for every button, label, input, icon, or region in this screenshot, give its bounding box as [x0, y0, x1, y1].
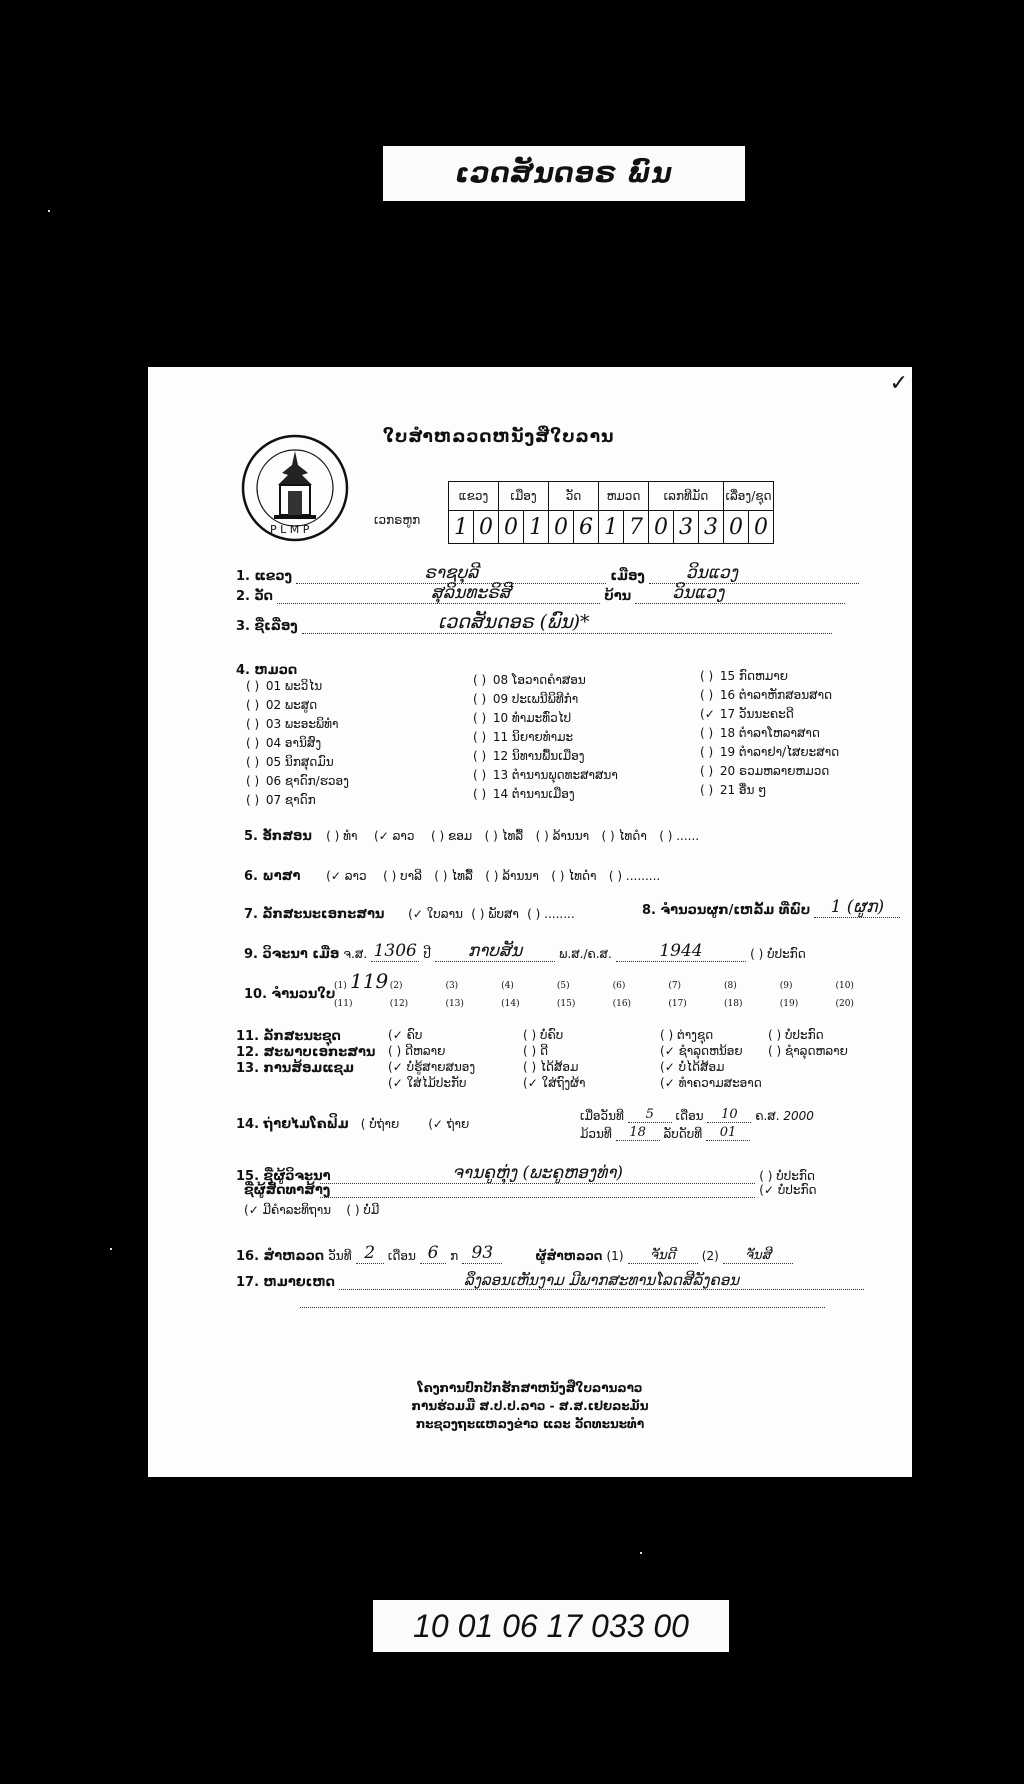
material-option[interactable]: ( ) ພັບສາ: [471, 907, 519, 921]
field-province-label: 1. ແຂວງ: [236, 569, 292, 584]
field-province: 1. ແຂວງ ຣາຊບຸລີ ເມືອງ ວິນແວງ: [236, 567, 859, 584]
copyist-unknown-option[interactable]: ( ) ບໍ່ປະກົດ: [759, 1169, 815, 1183]
notes-row: 17. ຫມາຍເຫດ ລຶງລອນເຫັນງາມ ມີພາກສະທານໂລດສ…: [236, 1273, 864, 1290]
microfilm-row: 14. ຖ່າຍໄມໂຄຟິມ ( ບໍ່ຖ່າຍ (✓ ຖ່າຍ: [236, 1117, 469, 1132]
leaves-count-value: 119: [350, 969, 388, 993]
zodiac-year-value: ກາບສັນ: [468, 941, 522, 961]
completeness-option[interactable]: ( ) ບໍ່ປະກົດ: [768, 1027, 848, 1043]
field-temple-label: 2. ວັດ: [236, 589, 273, 604]
language-label: 6. ພາສາ: [244, 869, 322, 884]
code-digit: 6: [574, 511, 599, 544]
language-option[interactable]: ( ) ບາລີ: [383, 869, 422, 883]
category-option[interactable]: ( ) 01 ພະວິໄນ: [246, 677, 349, 696]
copyist-row: 15. ຊື່ຜູ້ວິຈະນາ ຈານຄູຫຸ່ງ (ພະຄູຫອງທ່າ) …: [236, 1167, 815, 1184]
completeness-option[interactable]: ( ) ຕ່າງຊຸດ: [660, 1027, 762, 1043]
plmp-logo: P L M P: [240, 433, 350, 543]
field-temple: 2. ວັດ ສຸລິນທະຣິສີ ບ້ານ ວິນແວງ: [236, 587, 845, 604]
script-option-checked[interactable]: (✓ ລາວ: [374, 829, 414, 843]
script-row: 5. ອັກສອນ ( ) ທຳ (✓ ລາວ ( ) ຂອມ ( ) ໄທລື…: [244, 829, 699, 844]
language-option-other[interactable]: ( ) .........: [609, 869, 660, 883]
footer-line-2: ການຮ່ວມມື ສ.ປ.ປ.ລາວ - ສ.ສ.ເຢຍລະມັນ: [148, 1397, 912, 1415]
checkbox[interactable]: ( ): [700, 781, 716, 800]
manuscript-code-text: 10 01 06 17 033 00: [413, 1608, 689, 1645]
checkbox[interactable]: ( ): [700, 667, 716, 686]
material-label: 7. ລັກສະນະເອກະສານ: [244, 907, 404, 922]
checkbox[interactable]: ( ): [700, 724, 716, 743]
script-option[interactable]: ( ) ລ້ານນາ: [536, 829, 590, 843]
condition-option[interactable]: ( ) ດີ: [523, 1043, 586, 1059]
category-option[interactable]: ( ) 03 ພະອະພິທຳ: [246, 715, 349, 734]
notes-label: 17. ຫມາຍເຫດ: [236, 1275, 335, 1290]
checkbox[interactable]: ( ): [246, 772, 262, 791]
category-column-1: ( ) 01 ພະວິໄນ ( ) 02 ພະສູດ ( ) 03 ພະອະພິ…: [246, 677, 349, 810]
checkbox[interactable]: ( ): [246, 696, 262, 715]
microfilm-roll-value: 18: [629, 1125, 646, 1140]
category-column-2: ( ) 08 ໂອວາດຄຳສອນ ( ) 09 ປະເພນີພິທີກຳ ( …: [473, 671, 618, 804]
notes-row-2: [300, 1293, 825, 1308]
repair-option-checked[interactable]: (✓ ບໍ່ໄດ້ສ້ອມ: [660, 1059, 762, 1075]
code-digit: 1: [599, 511, 624, 544]
checkbox[interactable]: ( ): [246, 753, 262, 772]
field-temple-value: ສຸລິນທະຣິສີ: [431, 583, 511, 603]
category-option[interactable]: ( ) 09 ປະເພນີພິທີກຳ: [473, 690, 618, 709]
checkbox-checked[interactable]: (✓: [700, 705, 716, 724]
code-header-bundle-number: ເລກທີມັດ: [649, 482, 724, 511]
code-header-district: ເມືອງ: [499, 482, 549, 511]
survey-day-value: 2: [364, 1243, 375, 1263]
bundles-row: 8. ຈຳນວນຜູກ/ເຫລັ້ມ ທີ່ພົບ 1 (ຜູກ): [642, 901, 900, 918]
copyist-value: ຈານຄູຫຸ່ງ (ພະຄູຫອງທ່າ): [452, 1163, 623, 1183]
material-row: 7. ລັກສະນະເອກະສານ (✓ ໃບລານ ( ) ພັບສາ ( )…: [244, 907, 575, 922]
film-speck: [110, 1248, 112, 1250]
category-option[interactable]: ( ) 11 ນິຍາຍທຳມະ: [473, 728, 618, 747]
survey-year-value: 93: [472, 1243, 494, 1263]
checkbox[interactable]: ( ): [473, 690, 489, 709]
code-digit: 0: [474, 511, 499, 544]
ad-year-value: 1944: [659, 941, 702, 961]
footer-line-3: ກະຊວງຖະແຫລງຂ່າວ ແລະ ວັດທະນະທຳ: [148, 1415, 912, 1433]
bundles-label: 8. ຈຳນວນຜູກ/ເຫລັ້ມ ທີ່ພົບ: [642, 903, 810, 918]
repair-option-checked[interactable]: (✓ ທຳຄວາມສະອາດ: [660, 1075, 762, 1091]
field-temple-line: ສຸລິນທະຣິສີ: [277, 587, 600, 604]
sponsor-unknown-option-checked[interactable]: (✓ ບໍ່ປະກົດ: [759, 1183, 816, 1197]
code-digit: 0: [724, 511, 749, 544]
category-option[interactable]: ( ) 05 ນິກສຸດມົນ: [246, 753, 349, 772]
language-row: 6. ພາສາ (✓ ລາວ ( ) ບາລີ ( ) ໄທລື້ ( ) ລ້…: [244, 869, 660, 884]
category-option[interactable]: ( ) 15 ກົດຫມາຍ: [700, 667, 839, 686]
checkbox[interactable]: ( ): [246, 791, 262, 810]
repair-option-checked[interactable]: (✓ ບໍ່ຮູ້ສາຍສນອງ: [388, 1059, 475, 1075]
field-story-title-line: ເວດສັນດອຣ (ພົນ)*: [302, 617, 832, 634]
microfilm-yes-option-checked[interactable]: (✓ ຖ່າຍ: [428, 1117, 469, 1131]
surveyor-1-value: ຈັນດີ: [650, 1248, 675, 1263]
script-option[interactable]: ( ) ໄທລື້: [485, 829, 524, 843]
field-village-value: ວິນແວງ: [672, 583, 724, 603]
microfilm-month-value: 10: [721, 1107, 738, 1122]
category-option[interactable]: ( ) 14 ຕຳນານເມືອງ: [473, 785, 618, 804]
notes-line: ລຶງລອນເຫັນງາມ ມີພາກສະທານໂລດສີລັງຄອນ: [339, 1273, 864, 1290]
microfilm-title-label: ເວດສັນດອຣ ພົນ: [383, 146, 745, 201]
survey-label: 16. ສຳຫລວດ: [236, 1249, 324, 1264]
code-digit: 0: [649, 511, 674, 544]
language-option[interactable]: ( ) ໄທລື້: [434, 869, 473, 883]
code-digit: 3: [674, 511, 699, 544]
script-label: 5. ອັກສອນ: [244, 829, 322, 844]
script-option[interactable]: ( ) ທຳ: [326, 829, 357, 843]
sponsor-label: ຊື່ຜູ້ສັດທາສ້າງ: [244, 1183, 316, 1198]
material-option-checked[interactable]: (✓ ໃບລານ: [408, 907, 463, 921]
script-option-other[interactable]: ( ) ......: [659, 829, 699, 843]
microfilm-label: 14. ຖ່າຍໄມໂຄຟິມ: [236, 1117, 336, 1132]
code-digit: 0: [749, 511, 774, 544]
cs-year-value: 1306: [374, 941, 417, 961]
manuscript-code-label: 10 01 06 17 033 00: [373, 1600, 729, 1652]
checkbox[interactable]: ( ): [473, 747, 489, 766]
language-option[interactable]: ( ) ລ້ານນາ: [485, 869, 539, 883]
leaves-grid: (1)(2)(3)(4)(5)(6)(7)(8)(9)(10) (11)(12)…: [334, 981, 854, 1009]
bundles-value: 1 (ຜູກ): [831, 897, 885, 917]
field-story-title: 3. ຊື່ເລື່ອງ ເວດສັນດອຣ (ພົນ)*: [236, 617, 832, 634]
checkbox[interactable]: ( ): [473, 766, 489, 785]
status-col-2: ( ) ບໍ່ຄົບ ( ) ດີ ( ) ໄດ້ສ້ອມ (✓ ໃສ່ຖົງຜ…: [523, 1027, 586, 1091]
category-option[interactable]: ( ) 21 ອື່ນ ໆ: [700, 781, 839, 800]
category-option-checked[interactable]: (✓ 17 ວັນນະຄະດີ: [700, 705, 839, 724]
survey-form-page: ✓ P L M P ໃບສຳຫລວດຫນັງສືໃບລານ ເວກຣຫູກ ແຂ…: [148, 367, 912, 1477]
code-digit: 0: [549, 511, 574, 544]
category-label: 4. ຫມວດ: [236, 663, 297, 678]
microfilm-year-value: 2000: [783, 1109, 814, 1123]
code-digit: 3: [699, 511, 724, 544]
checkbox[interactable]: ( ): [246, 734, 262, 753]
microfilm-no-option[interactable]: ( ບໍ່ຖ່າຍ: [361, 1117, 399, 1131]
copyist-label: 15. ຊື່ຜູ້ວິຈະນາ: [236, 1169, 316, 1184]
copied-date-row: 9. ວິຈະນາ ເມື່ອ ຈ.ສ. 1306 ປີ ກາບສັນ ພ.ສ.…: [244, 945, 806, 962]
microfilm-date-row: ເມື່ອວັນທີ 5 ເດືອນ 10 ຄ.ສ. 2000: [580, 1109, 814, 1123]
film-speck: [48, 210, 50, 212]
leaves-label: 10. ຈຳນວນໃບ: [244, 987, 330, 1002]
material-option-other[interactable]: ( ) ........: [527, 907, 575, 921]
microfilm-order-value: 01: [720, 1125, 737, 1140]
status-col-1: (✓ ຄົບ ( ) ດີຫລາຍ (✓ ບໍ່ຮູ້ສາຍສນອງ (✓ ໃສ…: [388, 1027, 475, 1091]
field-village-label: ບ້ານ: [604, 589, 631, 604]
microfilm-day-value: 5: [646, 1107, 654, 1122]
category-option[interactable]: ( ) 20 ຣວມຫລາຍຫມວດ: [700, 762, 839, 781]
category-option[interactable]: ( ) 08 ໂອວາດຄຳສອນ: [473, 671, 618, 690]
dedication-option-checked[interactable]: (✓ ມີຄຳລະທິຖານ: [244, 1203, 331, 1217]
field-story-title-value: ເວດສັນດອຣ (ພົນ)*: [438, 611, 589, 633]
no-dedication-option[interactable]: ( ) ບໍ່ມີ: [346, 1203, 379, 1217]
surveyor-2-value: ຈັນສີ: [745, 1248, 771, 1263]
category-option[interactable]: ( ) 18 ຕຳລາໂຫລາສາດ: [700, 724, 839, 743]
condition-option[interactable]: ( ) ດີຫລາຍ: [388, 1043, 475, 1059]
field-village-line: ວິນແວງ: [635, 587, 845, 604]
category-option[interactable]: ( ) 10 ທຳມະທົ່ວໄປ: [473, 709, 618, 728]
language-option[interactable]: ( ) ໄທດຳ: [551, 869, 596, 883]
bundles-line: 1 (ຜູກ): [814, 901, 900, 918]
code-digit: 0: [499, 511, 524, 544]
script-option[interactable]: ( ) ຂອມ: [431, 829, 472, 843]
status-col-4: ( ) ບໍ່ປະກົດ ( ) ຊຳລຸດຫລາຍ: [768, 1027, 848, 1059]
category-option[interactable]: ( ) 19 ຕຳລາຢາ/ໄສຍະສາດ: [700, 743, 839, 762]
condition-labels: 11. ລັກສະນະຊຸດ 12. ສະພາບເອກະສານ 13. ການສ…: [236, 1029, 375, 1077]
checkbox[interactable]: ( ): [473, 709, 489, 728]
code-digit: 7: [624, 511, 649, 544]
svg-text:P L M P: P L M P: [270, 523, 310, 536]
copied-label: 9. ວິຈະນາ ເມື່ອ: [244, 947, 339, 962]
repair-option-checked[interactable]: (✓ ໃສ່ຖົງຜ້າ: [523, 1075, 586, 1091]
survey-row: 16. ສຳຫລວດ ວັນທີ 2 ເດືອນ 6 ກ 93 ຜູ້ສຳຫລວ…: [236, 1247, 793, 1264]
copyist-line: ຈານຄູຫຸ່ງ (ພະຄູຫອງທ່າ): [320, 1167, 755, 1184]
code-label: ເວກຣຫູກ: [374, 513, 420, 527]
title-label-text: ເວດສັນດອຣ ພົນ: [455, 158, 672, 189]
category-option[interactable]: ( ) 06 ຊາດົກ/ຮວອງ: [246, 772, 349, 791]
checkbox[interactable]: ( ): [700, 686, 716, 705]
script-option[interactable]: ( ) ໄທດຳ: [602, 829, 647, 843]
category-option[interactable]: ( ) 12 ນິທານພື້ນເມືອງ: [473, 747, 618, 766]
corner-check-mark: ✓: [890, 371, 908, 396]
code-header-temple: ວັດ: [549, 482, 599, 511]
code-header-province: ແຂວງ: [449, 482, 499, 511]
category-option[interactable]: ( ) 13 ຕຳນານພຸດທະສາສນາ: [473, 766, 618, 785]
microfilm-roll-row: ມ້ວນທີ 18 ລັບດັບທີ 01: [580, 1127, 750, 1141]
sponsor-row: ຊື່ຜູ້ສັດທາສ້າງ (✓ ບໍ່ປະກົດ: [244, 1183, 817, 1198]
field-province-value: ຣາຊບຸລີ: [424, 563, 478, 583]
checkbox[interactable]: ( ): [700, 762, 716, 781]
field-district-line: ວິນແວງ: [649, 567, 859, 584]
notes-line-2: [300, 1297, 825, 1308]
category-column-3: ( ) 15 ກົດຫມາຍ ( ) 16 ຕຳລາຫັກສອນສາດ (✓ 1…: [700, 667, 839, 800]
leaves-row: 10. ຈຳນວນໃບ: [244, 987, 330, 1002]
form-title: ໃບສຳຫລວດຫນັງສືໃບລານ: [383, 427, 614, 447]
manuscript-code-table: ແຂວງ ເມືອງ ວັດ ຫມວດ ເລກທີມັດ ເລື່ອງ/ຊຸດ …: [448, 481, 774, 544]
code-header-category: ຫມວດ: [599, 482, 649, 511]
code-digit: 1: [524, 511, 549, 544]
checkbox[interactable]: ( ): [473, 728, 489, 747]
field-district-value: ວິນແວງ: [686, 563, 738, 583]
dedication-row: (✓ ມີຄຳລະທິຖານ ( ) ບໍ່ມີ: [244, 1203, 379, 1217]
field-province-line: ຣາຊບຸລີ: [296, 567, 606, 584]
checkbox[interactable]: ( ): [473, 671, 489, 690]
status-col-3: ( ) ຕ່າງຊຸດ (✓ ຊຳລຸດຫນ້ອຍ (✓ ບໍ່ໄດ້ສ້ອມ …: [660, 1027, 762, 1091]
completeness-option[interactable]: ( ) ບໍ່ຄົບ: [523, 1027, 586, 1043]
completeness-option-checked[interactable]: (✓ ຄົບ: [388, 1027, 475, 1043]
sponsor-line: [320, 1185, 755, 1198]
notes-value: ລຶງລອນເຫັນງາມ ມີພາກສະທານໂລດສີລັງຄອນ: [464, 1271, 739, 1289]
repair-option[interactable]: ( ) ໄດ້ສ້ອມ: [523, 1059, 586, 1075]
checkbox[interactable]: ( ): [473, 785, 489, 804]
category-option[interactable]: ( ) 04 ອານິສົງ: [246, 734, 349, 753]
checkbox[interactable]: ( ): [246, 677, 262, 696]
category-option[interactable]: ( ) 07 ຊາດົກ: [246, 791, 349, 810]
category-option[interactable]: ( ) 02 ພະສູດ: [246, 696, 349, 715]
condition-option-checked[interactable]: (✓ ຊຳລຸດຫນ້ອຍ: [660, 1043, 762, 1059]
field-story-title-label: 3. ຊື່ເລື່ອງ: [236, 619, 298, 634]
category-option[interactable]: ( ) 16 ຕຳລາຫັກສອນສາດ: [700, 686, 839, 705]
code-digit: 1: [449, 511, 474, 544]
film-speck: [640, 1552, 642, 1554]
condition-option[interactable]: ( ) ຊຳລຸດຫລາຍ: [768, 1043, 848, 1059]
checkbox[interactable]: ( ): [700, 743, 716, 762]
language-option-checked[interactable]: (✓ ລາວ: [326, 869, 366, 883]
copied-unknown-option[interactable]: ( ) ບໍ່ປະກົດ: [750, 947, 806, 961]
repair-option-checked[interactable]: (✓ ໃສ່ໄມ້ປະກັບ: [388, 1075, 475, 1091]
temple-emblem-icon: P L M P: [240, 433, 350, 543]
field-district-label: ເມືອງ: [610, 569, 644, 584]
checkbox[interactable]: ( ): [246, 715, 262, 734]
footer-line-1: ໂຄງການປົກປັກຮັກສາຫນັງສືໃບລານລາວ: [148, 1379, 912, 1397]
institution-footer: ໂຄງການປົກປັກຮັກສາຫນັງສືໃບລານລາວ ການຮ່ວມມ…: [148, 1379, 912, 1433]
code-header-story-set: ເລື່ອງ/ຊຸດ: [724, 482, 774, 511]
survey-month-value: 6: [428, 1243, 439, 1263]
